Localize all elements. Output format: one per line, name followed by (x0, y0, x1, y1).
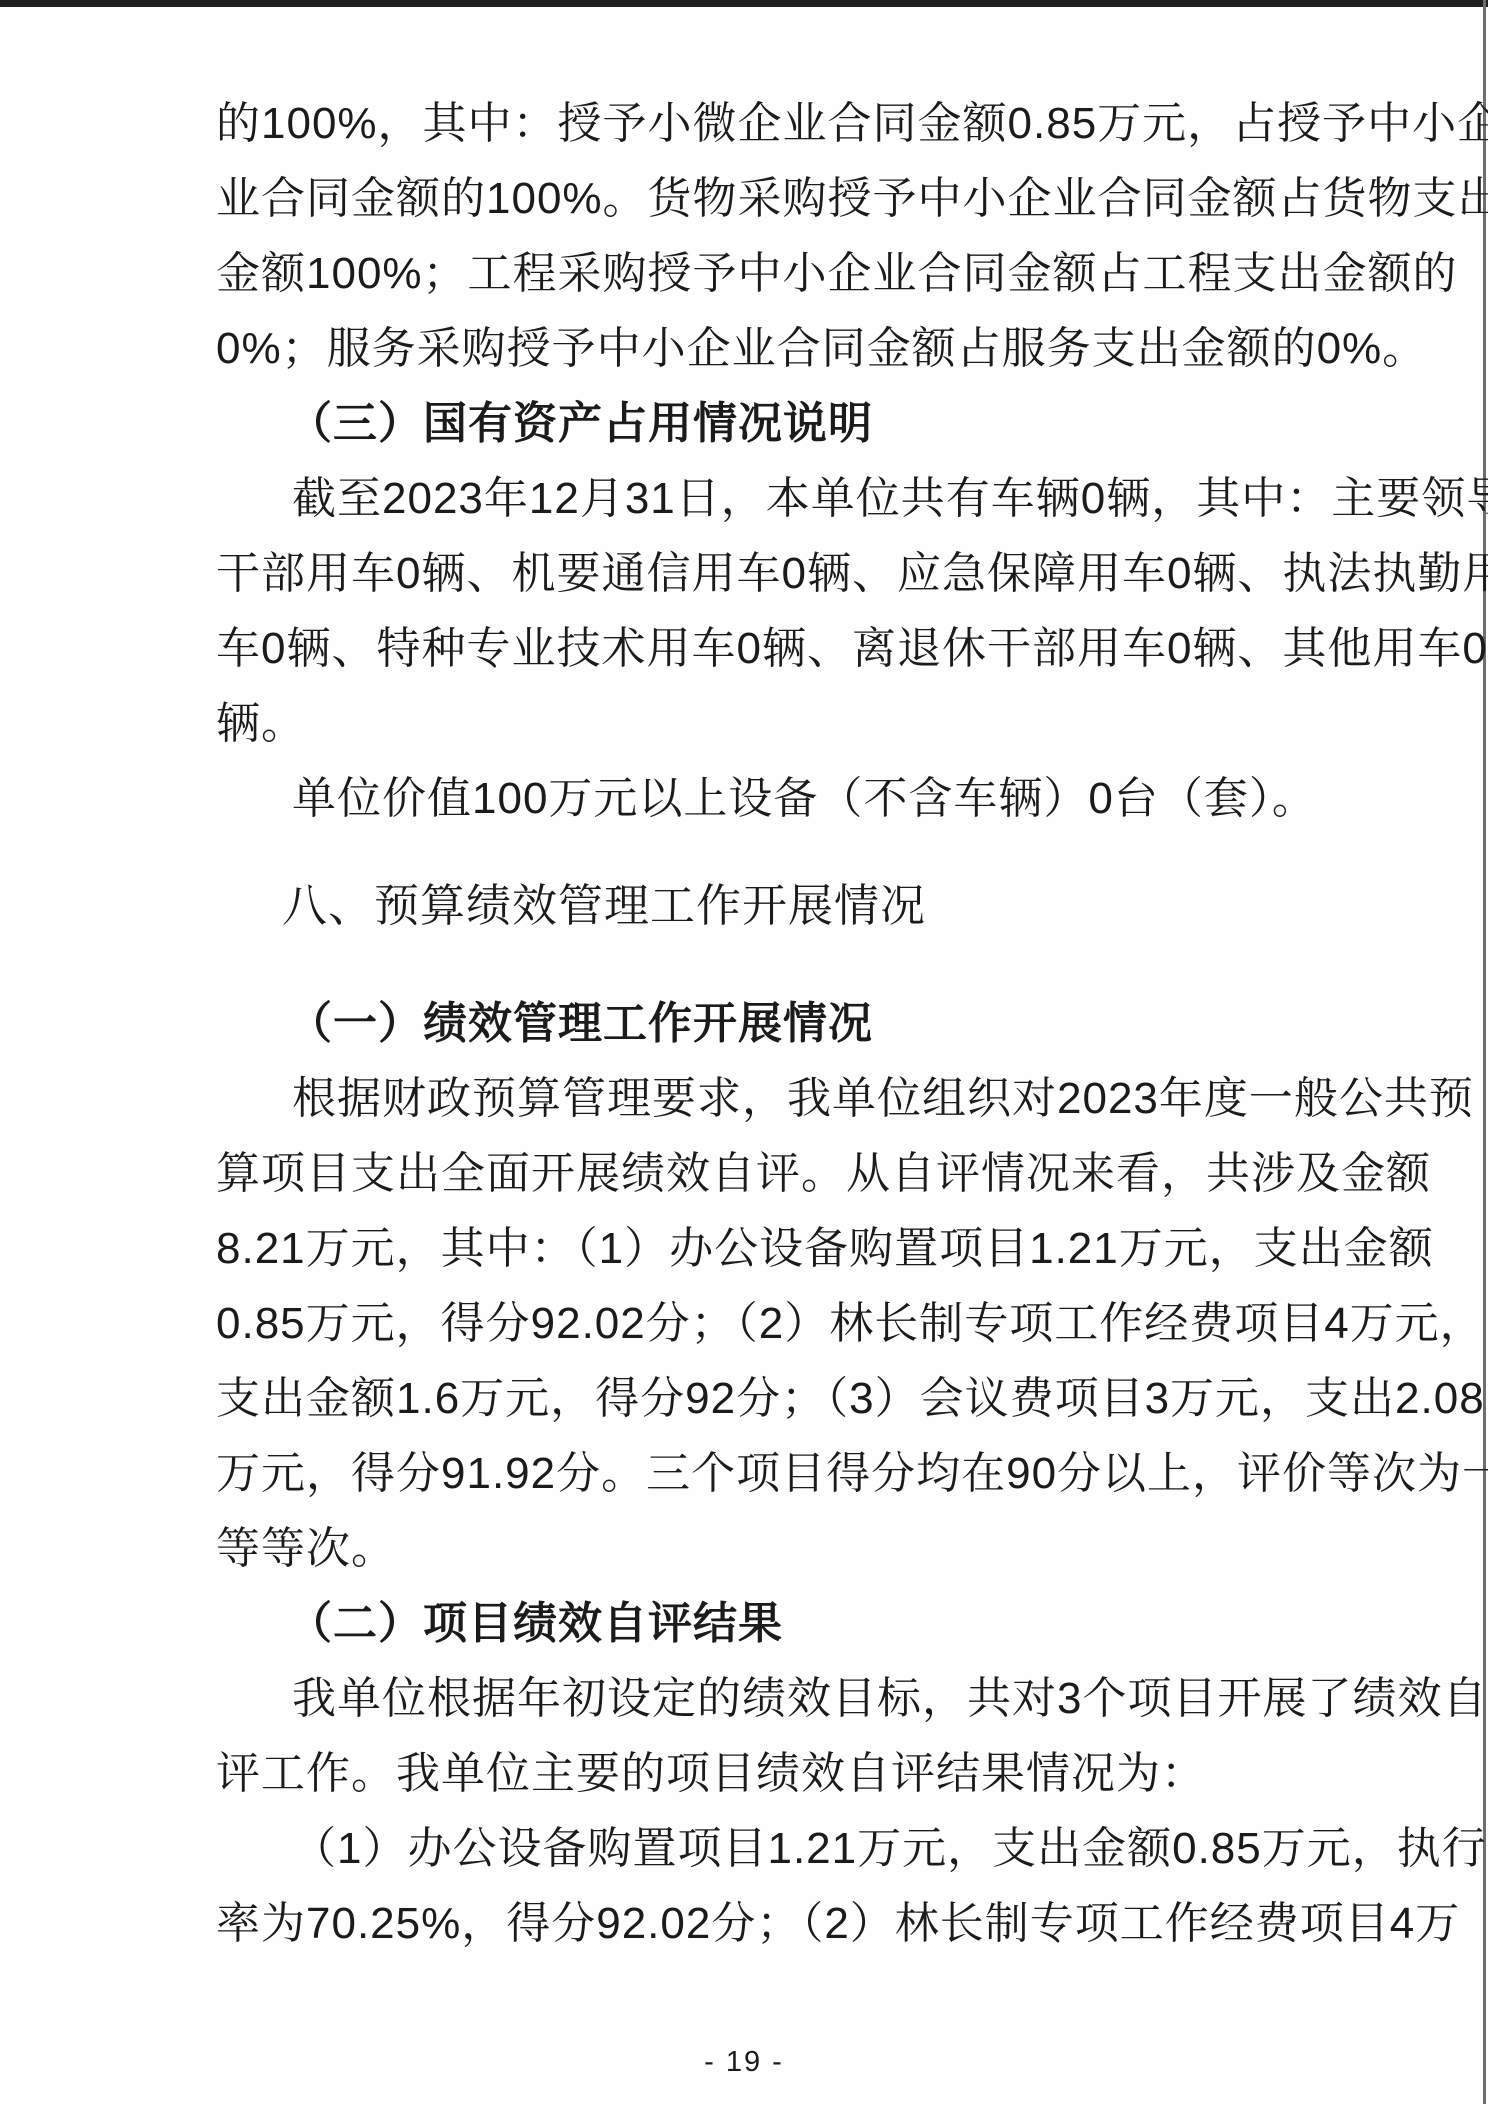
document-body: 的100%，其中：授予小微企业合同金额0.85万元，占授予中小企业合同金额的10… (216, 86, 1290, 1961)
paragraph-evaluation-targets: 我单位根据年初设定的绩效目标，共对3个项目开展了绩效自评工作。我单位主要的项目绩… (216, 1661, 1290, 1811)
text-line: 干部用车0辆、机要通信用车0辆、应急保障用车0辆、执法执勤用 (216, 536, 1290, 611)
text-line: 支出金额1.6万元，得分92分；（3）会议费项目3万元，支出2.08 (216, 1361, 1290, 1436)
text-line: 车0辆、特种专业技术用车0辆、离退休干部用车0辆、其他用车0 (216, 611, 1290, 686)
text-line: 评工作。我单位主要的项目绩效自评结果情况为： (216, 1736, 1290, 1811)
text-line: 根据财政预算管理要求，我单位组织对2023年度一般公共预 (216, 1061, 1290, 1136)
subsection-heading-project-results: （二）项目绩效自评结果 (216, 1586, 1290, 1661)
text-line: 率为70.25%，得分92.02分；（2）林长制专项工作经费项目4万 (216, 1886, 1290, 1961)
text-line: 8.21万元，其中：（1）办公设备购置项目1.21万元，支出金额 (216, 1211, 1290, 1286)
text-line: 等等次。 (216, 1511, 1290, 1586)
text-line: 金额100%；工程采购授予中小企业合同金额占工程支出金额的 (216, 236, 1290, 311)
text-line: 算项目支出全面开展绩效自评。从自评情况来看，共涉及金额 (216, 1136, 1290, 1211)
text-line: 单位价值100万元以上设备（不含车辆）0台（套）。 (216, 761, 1290, 836)
text-line: 的100%，其中：授予小微企业合同金额0.85万元，占授予中小企 (216, 86, 1290, 161)
paragraph-project-details: （1）办公设备购置项目1.21万元，支出金额0.85万元，执行率为70.25%，… (216, 1811, 1290, 1961)
paragraph-smb-contract-amounts: 的100%，其中：授予小微企业合同金额0.85万元，占授予中小企业合同金额的10… (216, 86, 1290, 386)
text-line: 万元，得分91.92分。三个项目得分均在90分以上，评价等次为一 (216, 1436, 1290, 1511)
section-heading-8-budget-performance: 八、预算绩效管理工作开展情况 (216, 868, 1290, 943)
text-line: 我单位根据年初设定的绩效目标，共对3个项目开展了绩效自 (216, 1661, 1290, 1736)
paragraph-equipment: 单位价值100万元以上设备（不含车辆）0台（套）。 (216, 761, 1290, 836)
subsection-heading-performance-management: （一）绩效管理工作开展情况 (216, 986, 1290, 1061)
text-line: 0%；服务采购授予中小企业合同金额占服务支出金额的0%。 (216, 311, 1290, 386)
scan-top-edge-bar (0, 0, 1488, 7)
scan-right-edge-line (1483, 0, 1486, 2104)
text-line: 辆。 (216, 686, 1290, 761)
text-line: 0.85万元，得分92.02分；（2）林长制专项工作经费项目4万元， (216, 1286, 1290, 1361)
paragraph-self-evaluation: 根据财政预算管理要求，我单位组织对2023年度一般公共预算项目支出全面开展绩效自… (216, 1061, 1290, 1586)
subsection-heading-state-assets: （三）国有资产占用情况说明 (216, 386, 1290, 461)
text-line: 业合同金额的100%。货物采购授予中小企业合同金额占货物支出 (216, 161, 1290, 236)
paragraph-vehicles: 截至2023年12月31日，本单位共有车辆0辆，其中：主要领导干部用车0辆、机要… (216, 461, 1290, 761)
page-number: - 19 - (0, 2046, 1488, 2079)
text-line: （1）办公设备购置项目1.21万元，支出金额0.85万元，执行 (216, 1811, 1290, 1886)
document-page: 的100%，其中：授予小微企业合同金额0.85万元，占授予中小企业合同金额的10… (0, 0, 1488, 2104)
text-line: 截至2023年12月31日，本单位共有车辆0辆，其中：主要领导 (216, 461, 1290, 536)
